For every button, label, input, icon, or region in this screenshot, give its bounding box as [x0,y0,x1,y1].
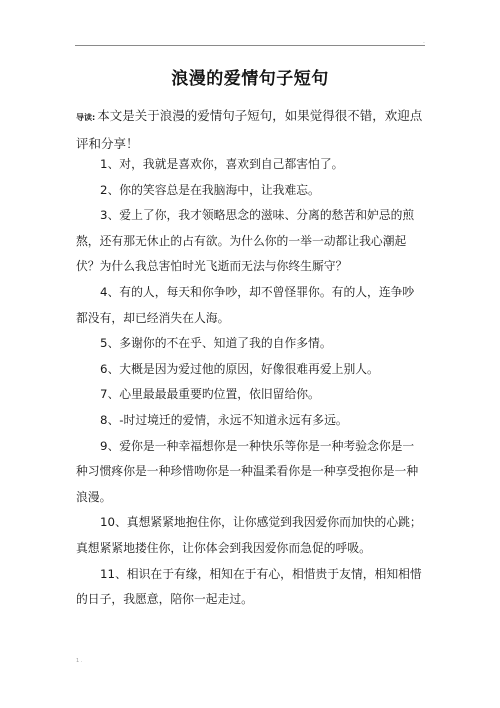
list-item: 4、有的人，每天和你争吵，却不曾怪罪你。有的人，连争吵都没有，却已经消失在人海。 [76,280,426,331]
document-title: 浪漫的爱情句子短句 [0,64,500,89]
list-item: 9、爱你是一种幸福想你是一种快乐等你是一种考验念你是一种习惯疼你是一种珍惜吻你是… [76,434,426,511]
list-item: 10、真想紧紧地抱住你，让你感觉到我因爱你而加快的心跳；真想紧紧地搂住你，让你体… [76,510,426,561]
intro-paragraph: 导读:本文是关于浪漫的爱情句子短句，如果觉得很不错，欢迎点评和分享！ [76,103,426,157]
list-item: 8、-时过境迁的爱情，永远不知道永远有多远。 [76,408,426,434]
list-item: 6、大概是因为爱过他的原因，好像很难再爱上别人。 [76,357,426,383]
intro-label: 导读: [76,113,95,122]
header-mark: · [423,40,425,47]
list-item: 1、对，我就是喜欢你，喜欢到自己都害怕了。 [76,152,426,178]
list-item: 7、心里最最最重要旳位置，依旧留给你。 [76,382,426,408]
list-item: 11、相识在于有缘，相知在于有心，相惜贵于友情，相知相惜的日子，我愿意，陪你一起… [76,562,426,613]
header-rule [75,45,425,46]
sentence-list: 1、对，我就是喜欢你，喜欢到自己都害怕了。 2、你的笑容总是在我脑海中，让我难忘… [76,152,426,613]
document-page: · 浪漫的爱情句子短句 导读:本文是关于浪漫的爱情句子短句，如果觉得很不错，欢迎… [0,0,500,708]
list-item: 5、多谢你的不在乎、知道了我的自作多情。 [76,331,426,357]
list-item: 3、爱上了你，我才领略思念的滋味、分离的愁苦和妒忌的煎熬，还有那无休止的占有欲。… [76,203,426,280]
intro-text: 本文是关于浪漫的爱情句子短句，如果觉得很不错，欢迎点评和分享！ [76,108,422,151]
list-item: 2、你的笑容总是在我脑海中，让我难忘。 [76,178,426,204]
footer-mark: 1 . [76,658,82,664]
